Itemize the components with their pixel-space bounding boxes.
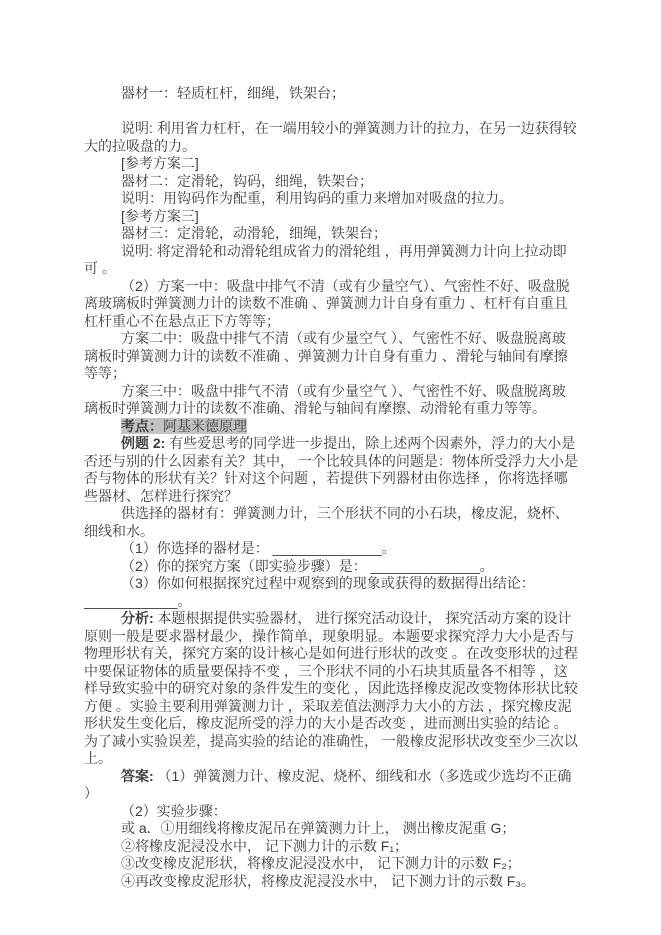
paragraph-text: （3）你如何根据探究过程中观察到的现象或获得的数据得出结论：__________…: [84, 575, 535, 609]
paragraph-text: 本题根据提供实验器材， 进行探究活动设计， 探究活动方案的设计原则一般是要求器材…: [84, 610, 578, 766]
paragraph-text: 方案三中：吸盘中排气不清（或有少量空气 ）、气密性不好、吸盘脱离玻璃板时弹簧测力…: [84, 383, 566, 417]
paragraph-text: 器材三：定滑轮，动滑轮，细绳，铁架台；: [121, 225, 387, 241]
note-one-paragraph: 说明: 利用省力杠杆，在一端用较小的弹簧测力计的拉力，在另一边获得较大的拉吸盘的…: [84, 120, 578, 155]
step-two-line: ②将橡皮泥浸没水中， 记下测力计的示数 F₁；: [84, 838, 578, 856]
step-four-line: ④再改变橡皮泥形状，将橡皮泥浸没水中， 记下测力计的示数 F₃。: [84, 873, 578, 891]
paragraph-text: ③改变橡皮泥形状，将橡皮泥浸没水中， 记下测力计的示数 F₂；: [121, 855, 521, 871]
step-three-line: ③改变橡皮泥形状，将橡皮泥浸没水中， 记下测力计的示数 F₂；: [84, 855, 578, 873]
steps-header-line: （2）实验步骤：: [84, 803, 578, 821]
materials-two-line: 器材二：定滑轮，钩码，细绳，铁架台；: [84, 173, 578, 191]
paragraph-text: ②将橡皮泥浸没水中， 记下测力计的示数 F₁；: [121, 838, 408, 854]
paragraph-text: [参考方案二]: [121, 155, 199, 171]
example-two-label: 例题 2:: [121, 435, 165, 451]
paragraph-text: 方案二中：吸盘中排气不清（或有少量空气 ）、气密性不好、吸盘脱离玻璃板时弹簧测力…: [84, 330, 568, 381]
note-three-line: 说明: 将定滑轮和动滑轮组成省力的滑轮组 ，再用弹簧测力计向上拉动即可 。: [84, 243, 578, 278]
note-two-line: 说明：用钩码作为配重，利用钩码的重力来增加对吸盘的拉力。: [84, 190, 578, 208]
ref-plan-three-header: [参考方案三]: [84, 208, 578, 226]
paragraph-text: 或 a．①用细线将橡皮泥吊在弹簧测力计上， 测出橡皮泥重 G；: [121, 820, 515, 836]
exam-point-line: 考点：阿基米德原理: [84, 418, 578, 436]
exam-point-label: 考点：: [121, 418, 163, 434]
paragraph-text: 说明: 将定滑轮和动滑轮组成省力的滑轮组 ，再用弹簧测力计向上拉动即可 。: [84, 243, 567, 277]
materials-one-line: 器材一：轻质杠杆，细绳，铁架台；: [84, 85, 578, 103]
exam-point-highlight: 考点：阿基米德原理: [121, 418, 247, 434]
paragraph-text: [参考方案三]: [121, 208, 199, 224]
paragraph-text: 说明: 利用省力杠杆，在一端用较小的弹簧测力计的拉力，在另一边获得较大的拉吸盘的…: [84, 120, 577, 154]
example-two-paragraph: 例题 2: 有些爱思考的同学进一步提出，除上述两个因素外，浮力的大小是否还与别的…: [84, 435, 578, 505]
materials-choices-paragraph: 供选择的器材有：弹簧测力计，三个形状不同的小石块，橡皮泥，烧杯、细线和水。: [84, 505, 578, 540]
answer-label: 答案:: [121, 768, 154, 784]
paragraph-text: ④再改变橡皮泥形状，将橡皮泥浸没水中， 记下测力计的示数 F₃。: [121, 873, 535, 889]
paragraph-text: （1）你选择的器材是： ______________。: [121, 540, 396, 556]
plan-one-issues-paragraph: （2）方案一中：吸盘中排气不清（或有少量空气）、气密性不好、吸盘脱离玻璃板时弹簧…: [84, 278, 578, 331]
paragraph-text: （2）你的探究方案（即实验步骤）是： ______________。: [121, 558, 494, 574]
analysis-label: 分析:: [121, 610, 154, 626]
answer-paragraph: 答案: （1）弹簧测力计、橡皮泥、烧杯、细线和水（多选或少选均不正确 ）: [84, 768, 578, 803]
paragraph-text: 器材一：轻质杠杆，细绳，铁架台；: [121, 85, 345, 101]
document-page: 器材一：轻质杠杆，细绳，铁架台； 说明: 利用省力杠杆，在一端用较小的弹簧测力计…: [0, 0, 661, 935]
paragraph-text: （2）方案一中：吸盘中排气不清（或有少量空气）、气密性不好、吸盘脱离玻璃板时弹簧…: [84, 278, 570, 329]
materials-three-line: 器材三：定滑轮，动滑轮，细绳，铁架台；: [84, 225, 578, 243]
paragraph-text: （2）实验步骤：: [121, 803, 227, 819]
question-two-blank-line: （2）你的探究方案（即实验步骤）是： ______________。: [84, 558, 578, 576]
blank-line: [84, 103, 578, 121]
question-one-blank-line: （1）你选择的器材是： ______________。: [84, 540, 578, 558]
analysis-paragraph: 分析: 本题根据提供实验器材， 进行探究活动设计， 探究活动方案的设计原则一般是…: [84, 610, 578, 768]
paragraph-text: （1）弹簧测力计、橡皮泥、烧杯、细线和水（多选或少选均不正确 ）: [84, 768, 571, 802]
plan-three-issues-paragraph: 方案三中：吸盘中排气不清（或有少量空气 ）、气密性不好、吸盘脱离玻璃板时弹簧测力…: [84, 383, 578, 418]
paragraph-text: 器材二：定滑轮，钩码，细绳，铁架台；: [121, 173, 373, 189]
ref-plan-two-header: [参考方案二]: [84, 155, 578, 173]
paragraph-text: 供选择的器材有：弹簧测力计，三个形状不同的小石块，橡皮泥，烧杯、细线和水。: [84, 505, 569, 539]
exam-point-text: 阿基米德原理: [163, 418, 247, 434]
document-body: 器材一：轻质杠杆，细绳，铁架台； 说明: 利用省力杠杆，在一端用较小的弹簧测力计…: [84, 85, 578, 890]
question-three-blank-line: （3）你如何根据探究过程中观察到的现象或获得的数据得出结论：__________…: [84, 575, 578, 610]
plan-two-issues-paragraph: 方案二中：吸盘中排气不清（或有少量空气 ）、气密性不好、吸盘脱离玻璃板时弹簧测力…: [84, 330, 578, 383]
paragraph-text: 说明：用钩码作为配重，利用钩码的重力来增加对吸盘的拉力。: [121, 190, 513, 206]
step-one-line: 或 a．①用细线将橡皮泥吊在弹簧测力计上， 测出橡皮泥重 G；: [84, 820, 578, 838]
